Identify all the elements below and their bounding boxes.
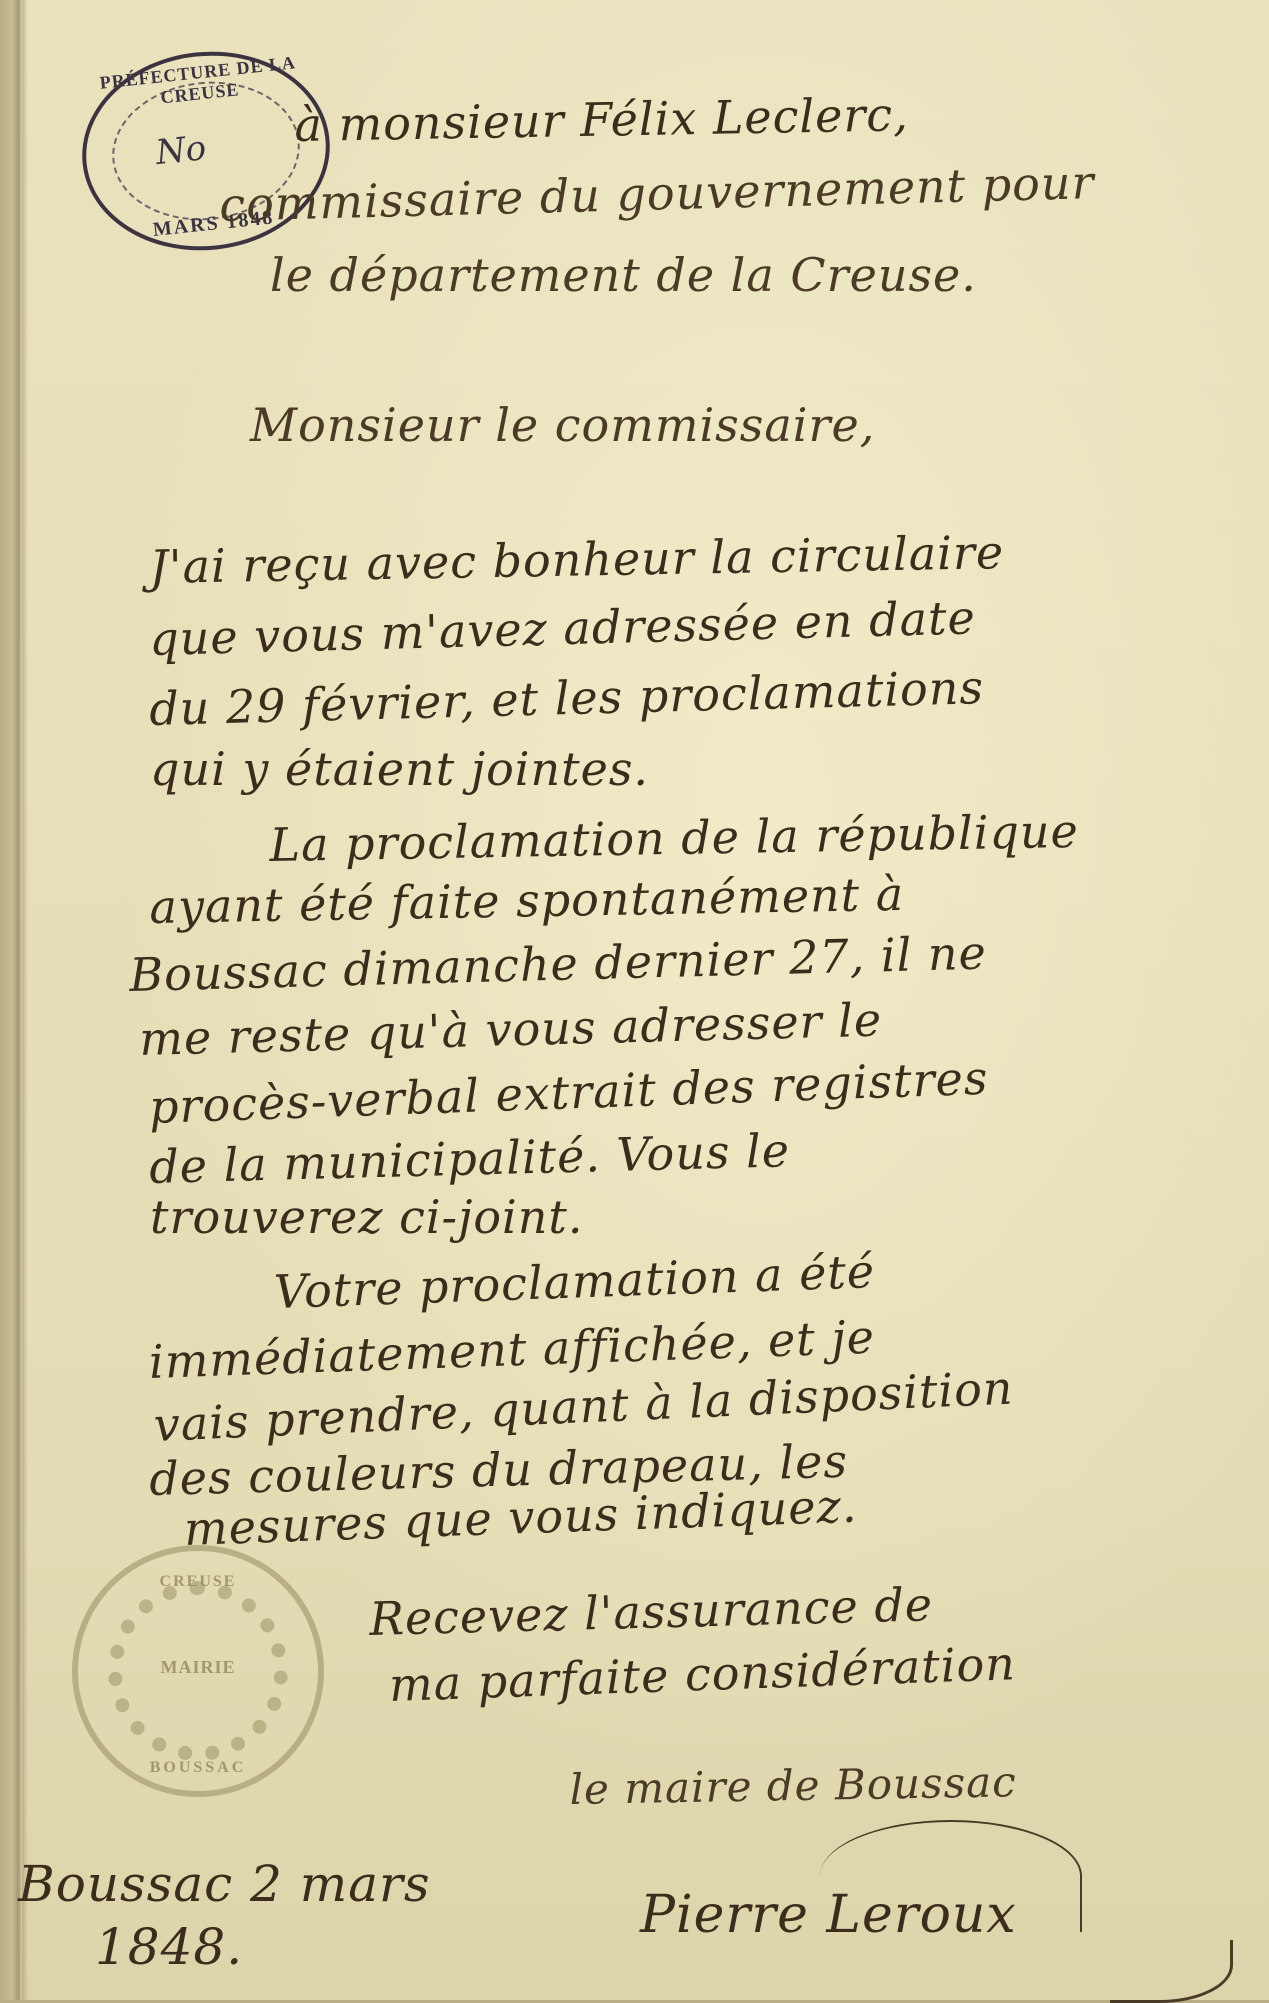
stamp-center-text: MAIRIE (78, 1657, 318, 1678)
signature-title: le maire de Boussac (569, 1757, 1017, 1814)
address-line-1: à monsieur Félix Leclerc, (294, 87, 909, 152)
closing-line-1: Recevez l'assurance de (369, 1577, 934, 1646)
page-fold-shadow (22, 0, 28, 2000)
body-line: procès-verbal extrait des registres (148, 1051, 989, 1134)
stamp-number-label: No (154, 128, 208, 173)
body-line: du 29 février, et les proclamations (149, 660, 985, 736)
body-line: Boussac dimanche dernier 27, il ne (129, 926, 988, 1002)
salutation: Monsieur le commissaire, (250, 398, 875, 452)
body-line: Votre proclamation a été (273, 1244, 876, 1319)
body-line: La proclamation de la république (269, 804, 1079, 872)
underlying-sheet-edge (0, 0, 22, 2000)
place-date-line-2: 1848. (95, 1918, 243, 1976)
signature-tail-flourish (1110, 1940, 1233, 2000)
closing-line-2: ma parfaite considération (388, 1636, 1017, 1712)
body-line: trouverez ci-joint. (150, 1190, 584, 1244)
stamp-bottom-text: BOUSSAC (78, 1759, 318, 1777)
stamp-top-text: CREUSE (78, 1573, 318, 1591)
body-line: que vous m'avez adressée en date (149, 590, 977, 666)
signature-flourish (820, 1820, 1082, 1932)
body-line: ayant été faite spontanément à (149, 867, 905, 934)
place-date-line-1: Boussac 2 mars (18, 1855, 431, 1913)
address-line-2: commissaire du gouvernement pour (219, 155, 1096, 232)
body-line: de la municipalité. Vous le (149, 1123, 791, 1194)
body-line: qui y étaient jointes. (150, 742, 649, 796)
address-line-3: le département de la Creuse. (270, 248, 977, 302)
body-line: J'ai reçu avec bonheur la circulaire (149, 525, 1004, 594)
mairie-stamp: CREUSE MAIRIE BOUSSAC (72, 1545, 324, 1797)
letter-page: PRÉFECTURE DE LA CREUSE No MARS 1848 à m… (0, 0, 1269, 2000)
body-line: me reste qu'à vous adresser le (139, 993, 883, 1066)
